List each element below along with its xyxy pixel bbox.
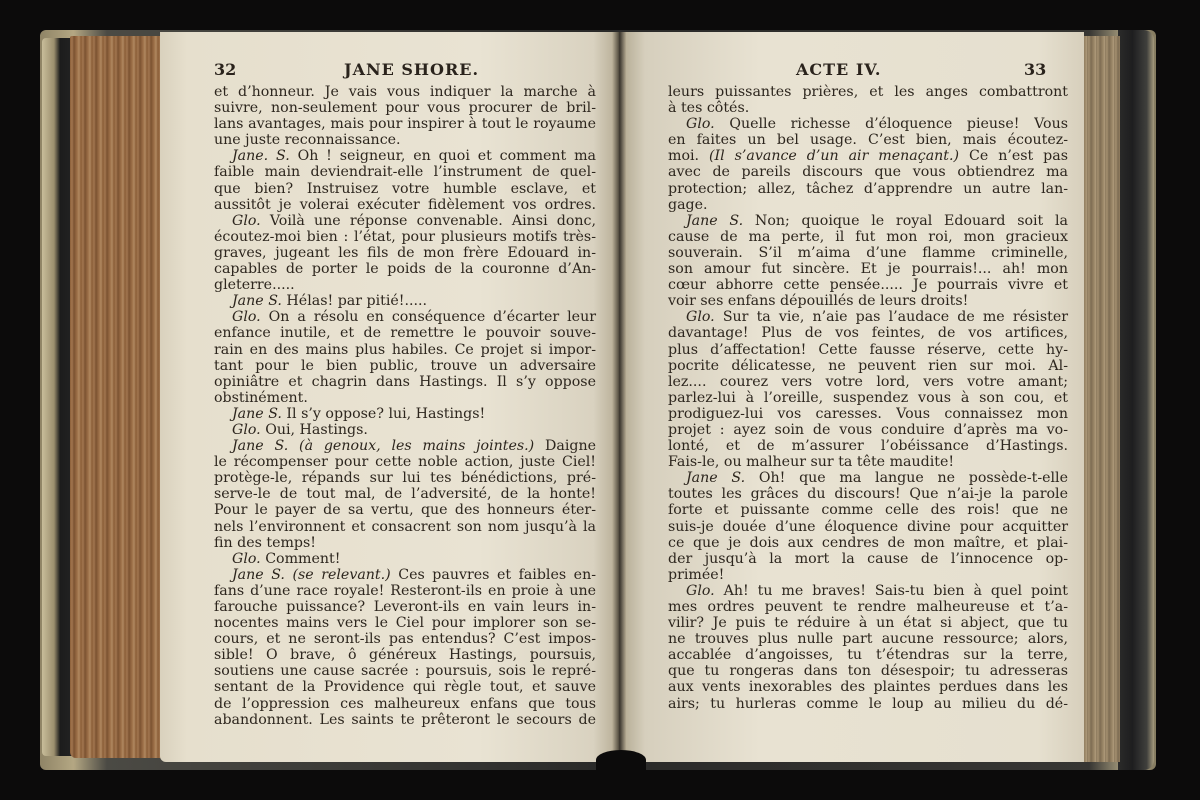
text-line: gage. <box>668 197 1068 213</box>
text-line: de l’oppression ces malheureux enfans qu… <box>214 696 596 712</box>
running-head: JANE SHORE. <box>344 60 479 79</box>
text-line: graves, jugeant les fils de mon frère Ed… <box>214 245 596 261</box>
text-line: prodiguez-lui vos caresses. Vous connais… <box>668 406 1068 422</box>
text-line: suis-je douée d’une éloquence divine pou… <box>668 519 1068 535</box>
text-line: protège-le, répands sur lui tes bénédict… <box>214 470 596 486</box>
page-text: leurs puissantes prières, et les anges c… <box>668 84 1068 712</box>
text-line: parlez-lui à l’oreille, suspendez vous à… <box>668 390 1068 406</box>
text-line: abandonnent. Les saints te prêteront le … <box>214 712 596 728</box>
text-line: Jane S. Oh! que ma langue ne possède-t-e… <box>668 470 1068 486</box>
text-line: aussitôt je volerai exécuter fidèlement … <box>214 197 596 213</box>
page-text: et d’honneur. Je vais vous indiquer la m… <box>214 84 596 728</box>
text-line: protection; allez, tâchez d’apprendre un… <box>668 181 1068 197</box>
text-line: airs; tu hurleras comme le loup au milie… <box>668 696 1068 712</box>
gutter-shadow <box>596 750 646 770</box>
text-line: Jane S. (se relevant.) Ces pauvres et fa… <box>214 567 596 583</box>
text-line: écoutez-moi bien : l’état, pour plusieur… <box>214 229 596 245</box>
text-line: ce que je dois aux cendres de mon maître… <box>668 535 1068 551</box>
text-line: en faites un bel usage. C’est bien, mais… <box>668 132 1068 148</box>
text-line: lez.... courez vers votre lord, vers vot… <box>668 374 1068 390</box>
text-line: cœur abhorre cette pensée..... Je pourra… <box>668 277 1068 293</box>
book-cover-left-edge <box>42 38 72 756</box>
text-line: fans d’une race royale! Resteront-ils en… <box>214 583 596 599</box>
text-line: Jane S. Non; quoique le royal Edouard so… <box>668 213 1068 229</box>
speaker-name: Jane S. <box>232 406 282 422</box>
left-page: 32 JANE SHORE. et d’honneur. Je vais vou… <box>160 32 616 762</box>
page-block-left-edge <box>70 36 166 758</box>
speaker-name: Jane. S. <box>232 148 290 164</box>
stage-direction: (se relevant.) <box>285 567 391 583</box>
book-cover-right-edge <box>1118 30 1154 770</box>
text-line: mes ordres peuvent te rendre malheureuse… <box>668 599 1068 615</box>
text-line: Glo. Oui, Hastings. <box>214 422 596 438</box>
text-line: son amour fut sincère. Et je pourrais!..… <box>668 261 1068 277</box>
text-line: le récompenser pour cette noble action, … <box>214 454 596 470</box>
right-page: ACTE IV. 33 leurs puissantes prières, et… <box>622 32 1084 762</box>
speaker-name: Jane S. <box>232 567 285 583</box>
text-line: ne trouves plus nulle part aucune ressou… <box>668 631 1068 647</box>
text-line: Jane. S. Oh ! seigneur, en quoi et comme… <box>214 148 596 164</box>
text-line: opiniâtre et chagrin dans Hastings. Il s… <box>214 374 596 390</box>
text-line: Jane S. Il s’y oppose? lui, Hastings! <box>214 406 596 422</box>
text-line: lans avantages, mais pour inspirer à tou… <box>214 116 596 132</box>
text-line: leurs puissantes prières, et les anges c… <box>668 84 1068 100</box>
text-line: que tu rongeras dans ton désespoir; tu a… <box>668 663 1068 679</box>
stage-direction: (à genoux, les mains jointes.) <box>288 438 534 454</box>
speaker-name: Jane S. <box>686 470 745 486</box>
text-line: toutes les grâces du discours! Que n’ai-… <box>668 486 1068 502</box>
text-line: avec de pareils discours que vous obtien… <box>668 164 1068 180</box>
speaker-name: Glo. <box>686 309 715 325</box>
text-line: cours, et ne seront-ils pas entendus? C’… <box>214 631 596 647</box>
text-line: Glo. Quelle richesse d’éloquence pieuse!… <box>668 116 1068 132</box>
text-line: capables de porter le poids de la couron… <box>214 261 596 277</box>
stage-direction: (Il s’avance d’un air menaçant.) <box>709 148 959 164</box>
text-line: et d’honneur. Je vais vous indiquer la m… <box>214 84 596 100</box>
text-line: sible! O brave, ô généreux Hastings, pou… <box>214 647 596 663</box>
text-line: Glo. Voilà une réponse convenable. Ainsi… <box>214 213 596 229</box>
text-line: Glo. Ah! tu me braves! Sais-tu bien à qu… <box>668 583 1068 599</box>
text-line: faible main deviendrait-elle l’instrumen… <box>214 164 596 180</box>
speaker-name: Glo. <box>232 213 261 229</box>
text-line: nels l’environnent et consacrent son nom… <box>214 519 596 535</box>
text-line: obstinément. <box>214 390 596 406</box>
book-gutter <box>612 32 626 764</box>
text-line: à tes côtés. <box>668 100 1068 116</box>
speaker-name: Jane S. <box>232 293 282 309</box>
text-line: projet : ayez soin de vous conduire d’ap… <box>668 422 1068 438</box>
text-line: davantage! Plus de vos feintes, de vos a… <box>668 325 1068 341</box>
text-line: serve-le de tout mal, de l’adversité, de… <box>214 486 596 502</box>
text-line: Jane S. (à genoux, les mains jointes.) D… <box>214 438 596 454</box>
speaker-name: Jane S. <box>232 438 288 454</box>
text-line: plus d’affectation! Cette fausse réserve… <box>668 342 1068 358</box>
text-line: Glo. Comment! <box>214 551 596 567</box>
speaker-name: Glo. <box>686 116 715 132</box>
text-line: souverain. S’il m’aima d’une flamme crim… <box>668 245 1068 261</box>
text-line: que bien? Instruisez votre humble esclav… <box>214 181 596 197</box>
speaker-name: Glo. <box>232 309 261 325</box>
text-line: rain en des mains plus habiles. Ce proje… <box>214 342 596 358</box>
text-line: cause de ma perte, il fut mon roi, mon g… <box>668 229 1068 245</box>
speaker-name: Glo. <box>232 422 261 438</box>
page-number: 33 <box>1024 60 1046 79</box>
text-line: der jusqu’à la mort la cause de l’innoce… <box>668 551 1068 567</box>
text-line: Fais-le, ou malheur sur ta tête maudite! <box>668 454 1068 470</box>
running-head: ACTE IV. <box>796 60 882 79</box>
text-line: sentant de la Providence qui règle tout,… <box>214 679 596 695</box>
text-line: lonté, et de m’assurer l’obéissance d’Ha… <box>668 438 1068 454</box>
text-line: suivre, non-seulement pour vous procurer… <box>214 100 596 116</box>
text-line: tant pour le bien public, trouve un adve… <box>214 358 596 374</box>
text-line: une juste reconnaissance. <box>214 132 596 148</box>
text-line: enfance inutile, et de remettre le pouvo… <box>214 325 596 341</box>
text-line: voir ses enfans dépouillés de leurs droi… <box>668 293 1068 309</box>
speaker-name: Glo. <box>232 551 261 567</box>
text-line: moi. (Il s’avance d’un air menaçant.) Ce… <box>668 148 1068 164</box>
text-line: Glo. On a résolu en conséquence d’écarte… <box>214 309 596 325</box>
text-line: Pour le payer de sa vertu, que des honne… <box>214 502 596 518</box>
text-line: fin des temps! <box>214 535 596 551</box>
text-line: vilir? Je puis te réduire à un état si a… <box>668 615 1068 631</box>
text-line: Glo. Sur ta vie, n’aie pas l’audace de m… <box>668 309 1068 325</box>
text-line: aux vents inexorables des plaintes perdu… <box>668 679 1068 695</box>
page-block-right-edge <box>1078 36 1120 762</box>
text-line: accablée d’angoisses, tu t’étendras sur … <box>668 647 1068 663</box>
text-line: soutiens une cause sacrée : poursuis, so… <box>214 663 596 679</box>
text-line: farouche puissance? Leveront-ils en vain… <box>214 599 596 615</box>
speaker-name: Jane S. <box>686 213 743 229</box>
text-line: primée! <box>668 567 1068 583</box>
text-line: forte et puissante comme celle des rois!… <box>668 502 1068 518</box>
text-line: Jane S. Hélas! par pitié!..... <box>214 293 596 309</box>
text-line: gleterre..... <box>214 277 596 293</box>
text-line: nocentes mains vers le Ciel pour implore… <box>214 615 596 631</box>
speaker-name: Glo. <box>686 583 715 599</box>
page-number: 32 <box>214 60 236 79</box>
text-line: pocrite délicatesse, ne peuvent rien sur… <box>668 358 1068 374</box>
